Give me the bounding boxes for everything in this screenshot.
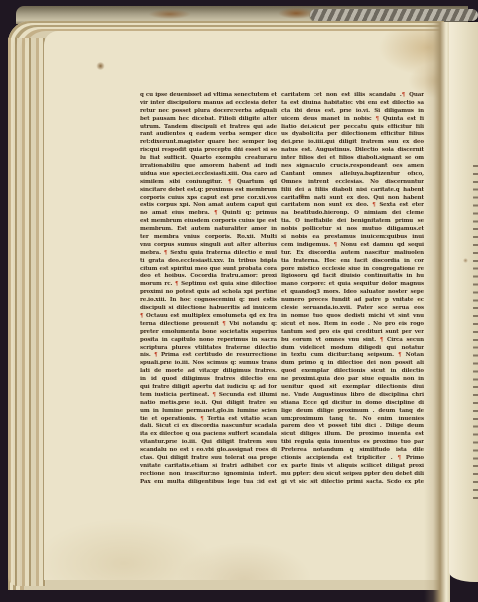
text-line: mū ppter: deū sicut seipsū ppter deū deb… bbox=[281, 471, 424, 479]
fore-edge-leaves bbox=[8, 38, 46, 586]
rubric-pilcrow: ¶ bbox=[372, 202, 375, 208]
text-line: numero preces fundit ad patrē p vnitate … bbox=[281, 297, 424, 305]
text-line: similem sibi coniungitur. ¶ Quartum qd bbox=[140, 179, 277, 187]
text-line: lū fiat sufficit. Quarto exemplū creatur… bbox=[140, 155, 277, 163]
text-line: inter filios dei et filios diaboli.signa… bbox=[281, 155, 424, 163]
text-line: ta est diuina habitatio: vbi enī est dil… bbox=[281, 100, 424, 108]
text-line: Omnes intrent ecclesias. Nō discernuntur bbox=[281, 179, 424, 187]
text-line: citum est spiritui meo que sunt probata … bbox=[140, 266, 277, 274]
text-line: ris:qui respōdit quia preceptū dñi esset… bbox=[140, 147, 277, 155]
text-line: ne proximi.quia deo par siue equalis non… bbox=[281, 376, 424, 384]
text-line: liatio dei.sicut per peccatū quis effici… bbox=[281, 124, 424, 132]
text-line: ex parte finis vt aliquis scilicet dilig… bbox=[281, 463, 424, 471]
rubric-pilcrow: ¶ bbox=[398, 352, 401, 358]
text-line: filii dei a filiis diaboli nisi caritate… bbox=[281, 187, 424, 195]
text-line: lige deum dilige proximum . deum tanq de bbox=[281, 408, 424, 416]
rubric-pilcrow: ¶ bbox=[175, 281, 178, 287]
text-line: sincitare debet est.q: proximus est memb… bbox=[140, 187, 277, 195]
foxing-spot bbox=[463, 258, 468, 263]
text-line: vnitatē caritatis.etiam si fratri adhibe… bbox=[140, 463, 277, 471]
text-line: stiana Ecce qd dicitur in domo disciplin… bbox=[281, 400, 424, 408]
text-line: si nobis ea prestamus inuicem:quibus inu… bbox=[281, 234, 424, 242]
text-line: ligiosorū qd facit diuisio continuitatis… bbox=[281, 273, 424, 281]
photograph-background: q cū ipse deuenisset ad vltimā senectute… bbox=[0, 0, 478, 602]
text-line: et quandoq3 mors. Ideo saluator noster s… bbox=[281, 289, 424, 297]
headband-cord bbox=[310, 9, 478, 21]
text-line: ctionis accipienda est tripliciter . ¶ P… bbox=[281, 455, 424, 463]
text-line: ctas. Qui diligit fratrē suū tolerat oīa… bbox=[140, 455, 277, 463]
text-line: retur nec posset plura docere:verba adqu… bbox=[140, 108, 277, 116]
text-line: qui fratrē diligit apertū dat iudiciū q:… bbox=[140, 384, 277, 392]
text-line: tie et operationis. ¶ Tertia est vitatio… bbox=[140, 416, 277, 424]
text-line: dei.prīe io.iiii.qui diligit fratrem suū… bbox=[281, 139, 424, 147]
text-line: uenitur quod sit exemplar dilectionis di… bbox=[281, 384, 424, 392]
text-line: Preterea notandum q similitudo ista dile bbox=[281, 447, 424, 455]
text-line: dum primo q in dilectiōe dei non possit … bbox=[281, 360, 424, 368]
facing-page-text-fragments bbox=[473, 165, 478, 500]
right-text-column: caritatem :et non est illis scandalū .¶ … bbox=[281, 92, 424, 487]
text-line: ita ex dilectōe q oīa paciens suffert sc… bbox=[140, 431, 277, 439]
rubric-pilcrow: ¶ bbox=[200, 416, 203, 422]
text-line: Pax enī multa diligentibus legē tuā :id … bbox=[140, 479, 277, 487]
text-line: us dyaboli:ita per dilectionem efficitur… bbox=[281, 131, 424, 139]
text-line: tibi regula quia inuentus es proximo tuo… bbox=[281, 439, 424, 447]
text-line: natio mētis.prīe io.ii. Qui diligit frat… bbox=[140, 400, 277, 408]
text-line: discipuli si dilectionē habueritis ad in… bbox=[140, 305, 277, 313]
text-line: bet pausam hec dicebat. Filioli diligite… bbox=[140, 116, 277, 124]
rubric-pilcrow: ¶ bbox=[334, 242, 337, 248]
text-line: gi vt sic sit dilectio primi sācta. Scdo… bbox=[281, 479, 424, 487]
rubric-pilcrow: ¶ bbox=[214, 210, 217, 216]
text-line: parem deo vt posset tibi dici . Dilige d… bbox=[281, 423, 424, 431]
text-line: in textu cum dicitur:tanq seipsum. ¶ Not… bbox=[281, 352, 424, 360]
text-line: dali. Sicut ci ex discordia nascuntur sc… bbox=[140, 423, 277, 431]
rubric-pilcrow: ¶ bbox=[154, 352, 157, 358]
text-line: vnū corpus sumus singuli aut alter alter… bbox=[140, 242, 277, 250]
rubric-pilcrow: ¶ bbox=[228, 179, 231, 185]
left-text-column: q cū ipse deuenisset ad vltimā senectute… bbox=[140, 92, 277, 487]
text-line: in nomīe tuo quos dedisti michi vt sint … bbox=[281, 313, 424, 321]
text-line: clesie seruanda.io.xvii. Pater scē serua… bbox=[281, 305, 424, 313]
text-line: ti grata deo.ecclesiasti.xxv. In tribus … bbox=[140, 258, 277, 266]
rubric-pilcrow: ¶ bbox=[222, 321, 225, 327]
text-line: tia fraterna. Hoc enī facit discordia in… bbox=[281, 258, 424, 266]
foxing-spot bbox=[96, 62, 105, 70]
text-line: membrum. Est autem naturaliter amor in bbox=[140, 226, 277, 234]
text-line: caritatem nati sunt ex deo. Qui non habe… bbox=[281, 195, 424, 203]
text-line: tur. Ex discordia autem nascitur maliuol… bbox=[281, 250, 424, 258]
gutter-fold bbox=[424, 22, 450, 602]
text-line: ret:dixerunt.magister quare hec semper l… bbox=[140, 139, 277, 147]
rubric-pilcrow: ¶ bbox=[164, 250, 167, 256]
text-line: posita in capitulo nono reperimus in sac… bbox=[140, 337, 277, 345]
text-line: q cū ipse deuenisset ad vltimā senectute… bbox=[140, 92, 277, 100]
text-line: sicut et nos. Item in eodē . Nō pro eis … bbox=[281, 321, 424, 329]
text-line: deo et hoibus. Cōcordia fratrū.amor: pro… bbox=[140, 273, 277, 281]
text-line: spūali.prīe io.iii. Nos scimus q: sumus … bbox=[140, 360, 277, 368]
text-line: quod exemplar dilectionis sicut in dilec… bbox=[281, 368, 424, 376]
text-line: sicut diliges illum. De proximo inuenta … bbox=[281, 431, 424, 439]
text-line: tem iusticiā pertineat. ¶ Secunda est il… bbox=[140, 392, 277, 400]
text-line: scandalū nō est ī eo.vbi glo.assignat rō… bbox=[140, 447, 277, 455]
text-line: ter membra vnius corporis. Ro.xii. Multi bbox=[140, 234, 277, 242]
text-line: morum rc. ¶ Septimū est quia sine dilect… bbox=[140, 281, 277, 289]
text-line: nis. ¶ Prima est certitudo de resurrecti… bbox=[140, 352, 277, 360]
text-line: nes signaculo crucis.respondeant oēs ame… bbox=[281, 163, 424, 171]
text-line: pore mistico ecclesie siue in congregati… bbox=[281, 266, 424, 274]
text-line: cta ibi deus est. prīe io.vi. Si diligam… bbox=[281, 108, 424, 116]
text-line: estis corpus xpi. Non amat autem caput q… bbox=[140, 202, 277, 210]
rubric-pilcrow: ¶ bbox=[380, 337, 383, 343]
text-line: uicem deus manet in nobis: ¶ Quinta est … bbox=[281, 116, 424, 124]
text-line: uidua sue speciei.ecclesiasti.xiii. Oīa … bbox=[140, 171, 277, 179]
text-line: na beatitudo.hieronp. O nimiam dei clemē bbox=[281, 210, 424, 218]
text-line: natus est. Augustinus. Dilectio sola dis… bbox=[281, 147, 424, 155]
text-line: nō amat eius mēbra. ¶ Quinti q: primus bbox=[140, 210, 277, 218]
rubric-pilcrow: ¶ bbox=[398, 455, 401, 461]
text-line: nobis pollicetur si nos mutuo diligamus.… bbox=[281, 226, 424, 234]
text-line: Cantant omnes alleluya.baptizentur ofīco… bbox=[281, 171, 424, 179]
text-line: est membrum eiusdem corporis cuius ipe e… bbox=[140, 218, 277, 226]
text-line: vir inter discipulorū manus ad ecclesiā … bbox=[140, 100, 277, 108]
text-line: bū eorum vt omnes vnū sint. ¶ Circa secu… bbox=[281, 337, 424, 345]
rubric-pilcrow: ¶ bbox=[140, 313, 143, 319]
text-line: terna dilectione prouenit ¶ Vbi notandū … bbox=[140, 321, 277, 329]
text-line: um in lumine permanet.glo.in lumine scie… bbox=[140, 408, 277, 416]
text-line: dum videlicet modum diligēdi qui notatur bbox=[281, 345, 424, 353]
text-line: utrum. Tandem discipuli et fratres qui a… bbox=[140, 124, 277, 132]
text-line: preter emolumenta bone societatis superi… bbox=[140, 329, 277, 337]
text-line: caritatem :et non est illis scandalū .¶ … bbox=[281, 92, 424, 100]
rubric-pilcrow: ¶ bbox=[212, 392, 215, 398]
rubric-pilcrow: ¶ bbox=[402, 92, 405, 98]
text-line: rant audientes q eadem verba semper dice bbox=[140, 131, 277, 139]
text-line: lati de morte ad vitā:qr diligimus fratr… bbox=[140, 368, 277, 376]
text-line: mano corpore: et quia sequitur dolor mag… bbox=[281, 281, 424, 289]
text-line: mēbra. ¶ Sextū quia fraterna dilectio ē … bbox=[140, 250, 277, 258]
text-line: scriptura plures vtilitates fraterne dil… bbox=[140, 345, 277, 353]
text-line: proximi nō potest quis ad scholā xpi per… bbox=[140, 289, 277, 297]
text-line: corporis cuius xps caput est prīe cor.xi… bbox=[140, 195, 277, 203]
text-line: in id quod diligimus fratres dilectio en… bbox=[140, 376, 277, 384]
text-line: tiā. O ineffabilē dei benignitatem primū… bbox=[281, 218, 424, 226]
text-line: cem indigemus. ¶ Nonū est damnū qd sequi bbox=[281, 242, 424, 250]
text-line: caritatem non sunt ex deo. ¶ Sexta est e… bbox=[281, 202, 424, 210]
text-line: ne. Vnde Augustinus libro de disciplina … bbox=[281, 392, 424, 400]
text-line: rectionē non irascitur:nō ignominiā infe… bbox=[140, 471, 277, 479]
text-line: um:proximum tanq te. Nō enim inuenies bbox=[281, 416, 424, 424]
text-line: ¶ Octauū est multiplex emolumēta qd ex f… bbox=[140, 313, 277, 321]
text-line: re.io.xiii. In hoc cognoscemini q: mei e… bbox=[140, 297, 277, 305]
text-line: irrationabiliū que amorem habent ad indi bbox=[140, 163, 277, 171]
text-line: vitantur.prīe io.iii. Qui diligit fratre… bbox=[140, 439, 277, 447]
text-line: tantum sed pro eis qui credituri sunt pe… bbox=[281, 329, 424, 337]
rubric-pilcrow: ¶ bbox=[376, 116, 379, 122]
